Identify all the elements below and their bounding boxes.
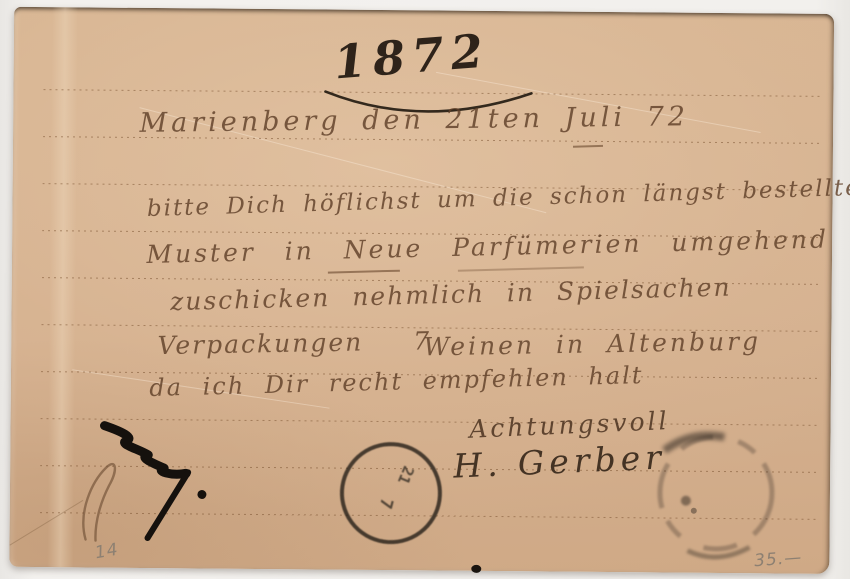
postmark-stamp-center: 21 7 — [333, 435, 449, 551]
handwritten-dateline: Marienberg den 21ten Juli 72 — [139, 101, 689, 139]
handwritten-body-line: Weinen in Altenburg — [423, 327, 761, 362]
handwritten-body-line: da ich Dir recht empfehlen halt — [149, 361, 644, 402]
postmark-numeral: 21 — [394, 463, 418, 487]
pencil-note-right: 35.— — [753, 548, 802, 572]
handwritten-body-line: bitte Dich höflichst um die schon längst… — [147, 174, 850, 222]
dateline-underline — [573, 145, 603, 148]
handwritten-year: 1872 — [332, 23, 492, 89]
ink-scribble — [65, 409, 236, 555]
handwritten-body-line: Verpackungen 7 — [157, 326, 431, 360]
word-underline-parfuemerien — [458, 266, 584, 271]
scanned-postcard-background: 1872 Marienberg den 21ten Juli 72 bitte … — [0, 0, 850, 579]
postmark-numeral: 7 — [375, 496, 397, 511]
postcard: 1872 Marienberg den 21ten Juli 72 bitte … — [9, 7, 834, 574]
ink-dot — [471, 565, 481, 573]
word-underline-neue — [328, 270, 400, 274]
pencil-note-left: 14 — [93, 540, 120, 564]
